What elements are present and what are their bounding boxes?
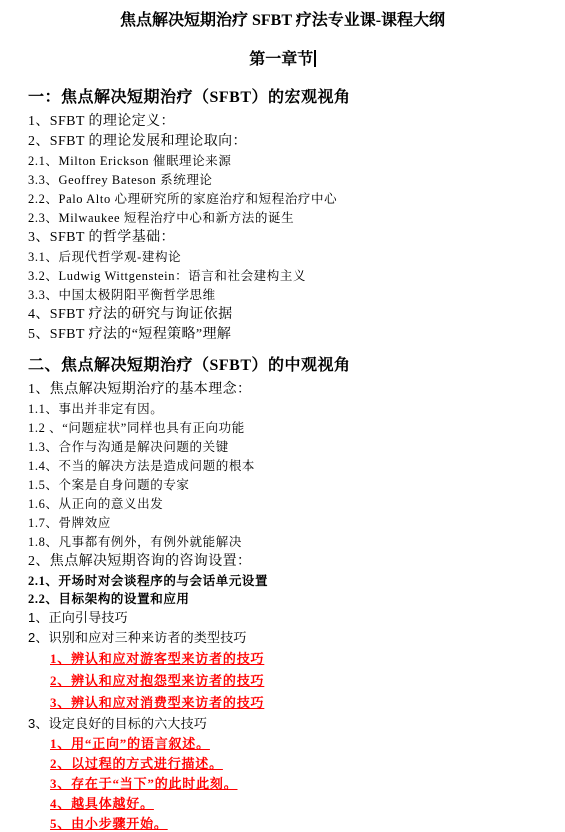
document-title: 焦点解决短期治疗 SFBT 疗法专业课-课程大纲 (0, 12, 565, 30)
outline-item: 1、SFBT 的理论定义： (28, 112, 555, 132)
outline-item: 1.2 、“问题症状”同样也具有正向功能 (28, 419, 555, 438)
outline-item: 2.2、目标架构的设置和应用 (28, 590, 555, 608)
outline-item: 2.2、Palo Alto 心理研究所的家庭治疗和短程治疗中心 (28, 190, 555, 209)
outline-item: 1.3、合作与沟通是解决问题的关键 (28, 438, 555, 457)
outline-item: 1、正向引导技巧 (28, 608, 555, 628)
outline-item: 1.4、不当的解决方法是造成问题的根本 (28, 457, 555, 476)
outline-item: 3.1、后现代哲学观-建构论 (28, 248, 555, 267)
outline-item: 1.1、事出并非定有因。 (28, 400, 555, 419)
outline-item: 2.3、Milwaukee 短程治疗中心和新方法的诞生 (28, 209, 555, 228)
outline-item: 3.2、Ludwig Wittgenstein：语言和社会建构主义 (28, 267, 555, 286)
text-cursor (314, 50, 316, 67)
outline-item: 1.8、凡事都有例外，有例外就能解决 (28, 533, 555, 552)
outline-item: 5、SFBT 疗法的“短程策略”理解 (28, 325, 555, 345)
outline-item: 3、SFBT 的哲学基础： (28, 228, 555, 248)
chapter-heading: 第一章节 (0, 50, 565, 69)
outline-item-highlighted: 1、辨认和应对游客型来访者的技巧 (50, 648, 555, 670)
section-2-heading: 二、焦点解决短期治疗（SFBT）的中观视角 (28, 357, 555, 374)
outline-item: 2.1、Milton Erickson 催眠理论来源 (28, 152, 555, 171)
outline-item: 1.7、骨牌效应 (28, 514, 555, 533)
chapter-title: 第一章节 (249, 51, 313, 68)
document-page[interactable]: 焦点解决短期治疗 SFBT 疗法专业课-课程大纲 第一章节 一：焦点解决短期治疗… (0, 0, 565, 832)
outline-item: 1.5、个案是自身问题的专家 (28, 476, 555, 495)
outline-item-highlighted: 4、越具体越好。 (50, 794, 555, 814)
outline-item: 2、SFBT 的理论发展和理论取向： (28, 132, 555, 152)
outline-item-highlighted: 3、辨认和应对消费型来访者的技巧 (50, 692, 555, 714)
outline-item: 1.6、从正向的意义出发 (28, 495, 555, 514)
outline-item-highlighted: 2、辨认和应对抱怨型来访者的技巧 (50, 670, 555, 692)
outline-item: 1、焦点解决短期治疗的基本理念： (28, 380, 555, 400)
outline-item: 2、识别和应对三种来访者的类型技巧 (28, 628, 555, 648)
outline-item: 3.3、中国太极阴阳平衡哲学思维 (28, 286, 555, 305)
outline-item-highlighted: 3、存在于“当下”的此时此刻。 (50, 774, 555, 794)
section-1-heading: 一：焦点解决短期治疗（SFBT）的宏观视角 (28, 89, 555, 106)
outline-item: 2、焦点解决短期咨询的咨询设置： (28, 552, 555, 572)
outline-item-highlighted: 2、以过程的方式进行描述。 (50, 754, 555, 774)
outline-item: 2.1、开场时对会谈程序的与会话单元设置 (28, 572, 555, 590)
outline-item-highlighted: 1、用“正向”的语言叙述。 (50, 734, 555, 754)
outline-item: 3.3、Geoffrey Bateson 系统理论 (28, 171, 555, 190)
outline-item: 3、设定良好的目标的六大技巧 (28, 714, 555, 734)
outline-item-highlighted: 5、由小步骤开始。 (50, 814, 555, 832)
outline-item: 4、SFBT 疗法的研究与询证依据 (28, 305, 555, 325)
